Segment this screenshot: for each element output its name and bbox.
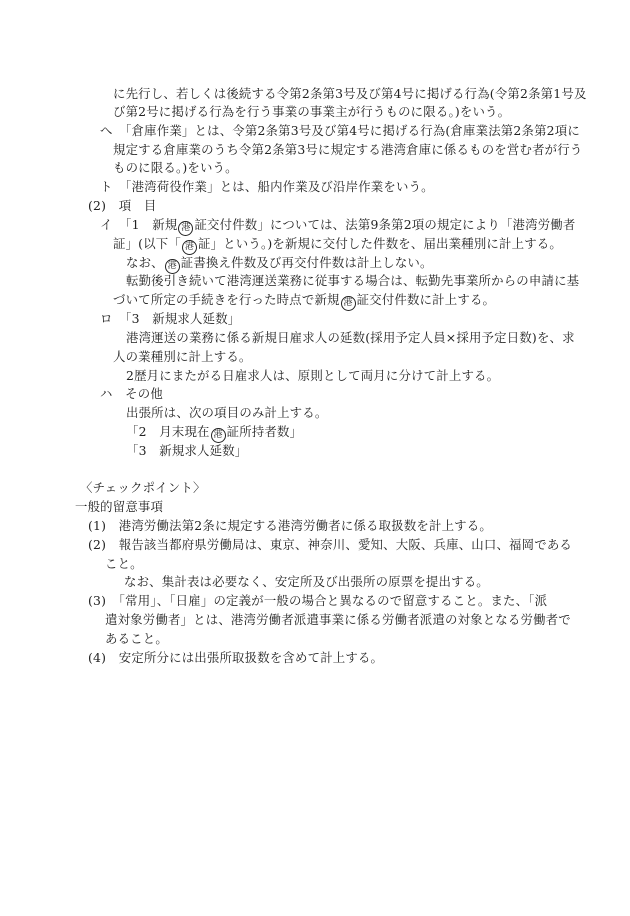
- text-part: 証交付件数に計上する。: [357, 292, 496, 307]
- note-4: (4) 安定所分には出張所取扱数を含めて計上する。: [88, 648, 383, 667]
- text-line: 「3 新規求人延数」: [126, 441, 247, 460]
- text-line: 「2 月末現在港証所持者数」: [126, 422, 302, 441]
- text-line: び第2号に掲げる行為を行う事業の事業主が行うものに限る。)をいう。: [113, 102, 510, 121]
- text-line: なお、集計表は必要なく、安定所及び出張所の原票を提出する。: [124, 572, 489, 591]
- text-line: 港湾運送の業務に係る新規日雇求人の延数(採用予定人員×採用予定日数)を、求: [126, 328, 575, 347]
- item-ha-heading: ハ その他: [100, 384, 163, 403]
- text-line: 人の業種別に計上する。: [113, 347, 252, 366]
- text-line: あること。: [105, 629, 168, 648]
- checkpoint-heading: 〈チェックポイント〉: [80, 478, 206, 497]
- text-part: 証所持者数」: [227, 424, 303, 439]
- note-1: (1) 港湾労働法第2条に規定する港湾労働者に係る取扱数を計上する。: [88, 516, 492, 535]
- text-line: こと。: [105, 554, 143, 573]
- item-ro-heading: ロ 「3 新規求人延数」: [100, 309, 240, 328]
- text-part: 証」(以下「: [113, 236, 181, 251]
- general-notes-heading: 一般的留意事項: [75, 497, 163, 516]
- text-line: ものに限る。)をいう。: [113, 158, 238, 177]
- section-heading-items: (2) 項 目: [88, 196, 157, 215]
- text-part: 「2 月末現在: [126, 424, 210, 439]
- item-i-heading: イ 「1 新規港証交付件数」については、法第9条第2項の規定により「港湾労働者: [100, 215, 575, 234]
- text-line: 転勤後引き続いて港湾運送業務に従事する場合は、転勤先事業所からの申請に基: [126, 271, 579, 290]
- text-line: 遣対象労働者」とは、港湾労働者派遣事業に係る労働者派遣の対象となる労働者で: [105, 610, 571, 629]
- text-line: なお、港証書換え件数及び再交付件数は計上しない。: [126, 253, 433, 272]
- text-line: づいて所定の手続きを行った時点で新規港証交付件数に計上する。: [113, 290, 495, 309]
- text-part: づいて所定の手続きを行った時点で新規: [113, 292, 340, 307]
- text-line: 出張所は、次の項目のみ計上する。: [126, 403, 327, 422]
- text-line: 規定する倉庫業のうち令第2条第3号に規定する港湾倉庫に係るものを営む者が行う: [113, 140, 582, 159]
- note-3: (3) 「常用」、「日雇」の定義が一般の場合と異なるので留意すること。また、「派: [88, 591, 547, 610]
- text-part: 証」という。)を新規に交付した件数を、届出業種別に計上する。: [198, 236, 562, 251]
- text-part: イ 「1 新規: [100, 217, 177, 232]
- text-line: に先行し、若しくは後続する令第2条第3号及び第4号に掲げる行為(令第2条第1号及: [113, 84, 587, 103]
- note-2: (2) 報告該当都府県労働局は、東京、神奈川、愛知、大阪、兵庫、山口、福岡である: [88, 535, 572, 554]
- document-page: に先行し、若しくは後続する令第2条第3号及び第4号に掲げる行為(令第2条第1号及…: [0, 0, 630, 916]
- item-he-definition: へ 「倉庫作業」とは、令第2条第3号及び第4号に掲げる行為(倉庫業法第2条第2項…: [100, 121, 580, 140]
- circled-port-icon: 港: [341, 296, 356, 311]
- text-part: なお、: [126, 255, 164, 270]
- text-part: 証書換え件数及び再交付件数は計上しない。: [181, 255, 433, 270]
- text-line: 2歴月にまたがる日雇求人は、原則として両月に分けて計上する。: [126, 366, 499, 385]
- item-to-definition: ト 「港湾荷役作業」とは、船内作業及び沿岸作業をいう。: [100, 177, 434, 196]
- text-part: 証交付件数」については、法第9条第2項の規定により「港湾労働者: [194, 217, 575, 232]
- text-line: 証」(以下「港証」という。)を新規に交付した件数を、届出業種別に計上する。: [113, 234, 562, 253]
